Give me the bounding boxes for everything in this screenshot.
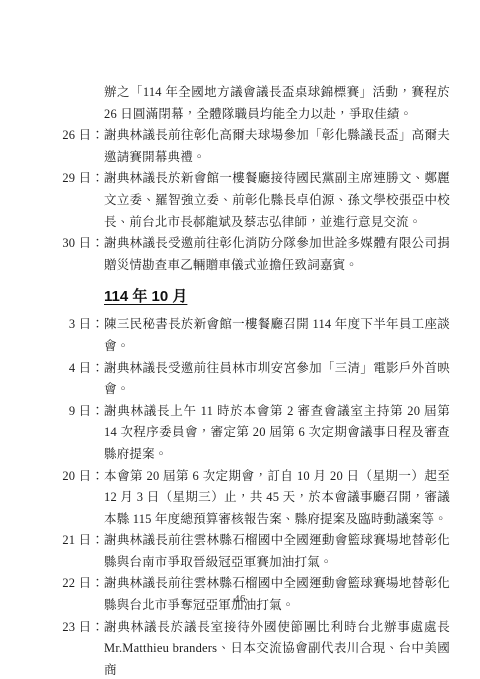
entry-date-label: 23 日： [58, 617, 104, 639]
entry-text: 辦之「114 年全國地方議會議長盃桌球錦標賽」活動，賽程於 26 日圓滿閉幕，全… [104, 82, 450, 125]
entry-date-label: 29 日： [58, 168, 104, 190]
diary-entry: 30 日： 謝典林議長受邀前往彰化消防分隊參加世詮多媒體有限公司捐贈災情勘查車乙… [58, 233, 450, 276]
entry-text: 謝典林議長於議長室接待外國使節團比利時台北辦事處處長 Mr.Matthieu b… [104, 617, 450, 679]
entry-date-label: 20 日： [58, 466, 104, 488]
section-october: 3 日： 陳三民秘書長於新會館一樓餐廳召開 114 年度下半年員工座談會。 4 … [58, 314, 450, 679]
entry-text: 陳三民秘書長於新會館一樓餐廳召開 114 年度下半年員工座談會。 [104, 314, 450, 357]
entry-date-label: 26 日： [58, 125, 104, 147]
entry-date-label: 21 日： [58, 530, 104, 552]
entry-text: 謝典林議長前往彰化高爾夫球場參加「彰化縣議長盃」高爾夫邀請賽開幕典禮。 [104, 125, 450, 168]
entry-text: 謝典林議長前往雲林縣石榴國中全國運動會籃球賽場地替彰化縣與台南市爭取晉級冠亞軍賽… [104, 530, 450, 573]
entry-text: 謝典林議長受邀前往彰化消防分隊參加世詮多媒體有限公司捐贈災情勘查車乙輛贈車儀式並… [104, 233, 450, 276]
diary-entry: 23 日： 謝典林議長於議長室接待外國使節團比利時台北辦事處處長 Mr.Matt… [58, 617, 450, 679]
month-heading-row: 114 年 10 月 [58, 276, 450, 314]
diary-entry: 辦之「114 年全國地方議會議長盃桌球錦標賽」活動，賽程於 26 日圓滿閉幕，全… [58, 82, 450, 125]
entry-date-label: 4 日： [58, 358, 104, 380]
entry-text: 謝典林議長於新會館一樓餐廳接待國民黨副主席連勝文、鄭麗文立委、羅智強立委、前彰化… [104, 168, 450, 233]
page-number: 46 [0, 594, 480, 605]
diary-entry: 29 日： 謝典林議長於新會館一樓餐廳接待國民黨副主席連勝文、鄭麗文立委、羅智強… [58, 168, 450, 233]
document-page: 辦之「114 年全國地方議會議長盃桌球錦標賽」活動，賽程於 26 日圓滿閉幕，全… [0, 0, 480, 679]
entry-date-label: 22 日： [58, 573, 104, 595]
month-heading: 114 年 10 月 [104, 286, 187, 307]
entry-date-label: 9 日： [58, 401, 104, 423]
diary-entry: 3 日： 陳三民秘書長於新會館一樓餐廳召開 114 年度下半年員工座談會。 [58, 314, 450, 357]
diary-entry: 20 日： 本會第 20 屆第 6 次定期會，訂自 10 月 20 日（星期一）… [58, 466, 450, 531]
diary-entry: 21 日： 謝典林議長前往雲林縣石榴國中全國運動會籃球賽場地替彰化縣與台南市爭取… [58, 530, 450, 573]
diary-entry: 9 日： 謝典林議長上午 11 時於本會第 2 審查會議室主持第 20 屆第 1… [58, 401, 450, 466]
entry-date-label: 30 日： [58, 233, 104, 255]
section-september-continuation: 辦之「114 年全國地方議會議長盃桌球錦標賽」活動，賽程於 26 日圓滿閉幕，全… [58, 82, 450, 276]
page-content: 辦之「114 年全國地方議會議長盃桌球錦標賽」活動，賽程於 26 日圓滿閉幕，全… [58, 82, 450, 679]
diary-entry: 4 日： 謝典林議長受邀前往員林市圳安宮參加「三清」電影戶外首映會。 [58, 358, 450, 401]
entry-text: 本會第 20 屆第 6 次定期會，訂自 10 月 20 日（星期一）起至 12 … [104, 466, 450, 531]
entry-date-label: 3 日： [58, 314, 104, 336]
diary-entry: 26 日： 謝典林議長前往彰化高爾夫球場參加「彰化縣議長盃」高爾夫邀請賽開幕典禮… [58, 125, 450, 168]
entry-text: 謝典林議長受邀前往員林市圳安宮參加「三清」電影戶外首映會。 [104, 358, 450, 401]
entry-text: 謝典林議長上午 11 時於本會第 2 審查會議室主持第 20 屆第 14 次程序… [104, 401, 450, 466]
